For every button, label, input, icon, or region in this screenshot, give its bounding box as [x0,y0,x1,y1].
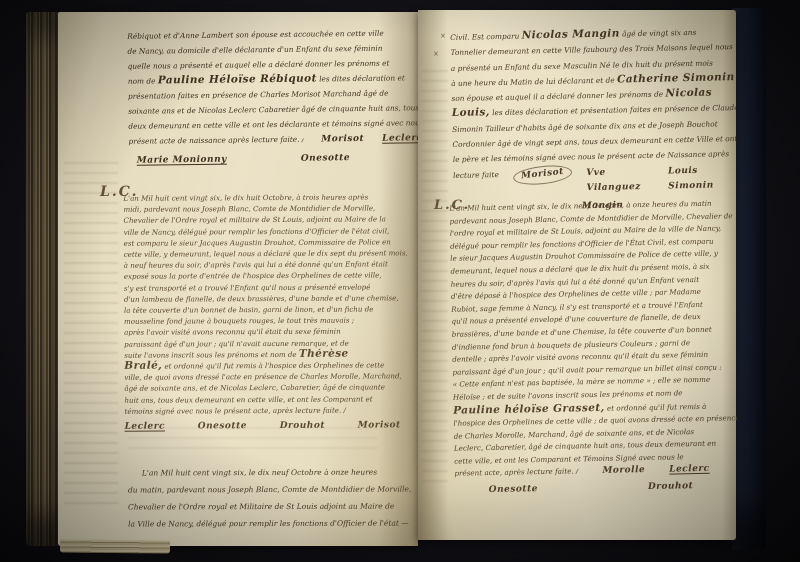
line-text: et ordonné qu'il fut remis à [605,401,707,412]
mother-name: Catherine Simonin [617,71,735,85]
signature-row: Onesotte Drouhot [489,479,739,496]
margin-cross-mark: × [440,32,446,40]
line-text: et ordonné qu'il fut remis à l'hospice d… [162,360,384,370]
book-page-edges-bottom [60,539,170,553]
signature-morisot: Morisot [358,420,401,431]
line-text: présent acte de naissance après lecture … [128,132,303,149]
signature-row: Leclerc Onesotte Drouhot Morisot [125,420,401,433]
signature-morisot: Morisot [321,132,364,148]
signature-morisot: Morisot [513,163,573,188]
signature-row: Marie Monionny Onesotte [137,150,423,168]
manuscript-line: âgé de soixante ans, et de Nicolas Lecle… [124,382,420,395]
line-text: à une heure du Matin de lui déclarant et… [451,75,617,87]
father-name: Nicolas Mangin [522,27,620,41]
manuscript-line: d'un lambeau de flanelle, de deux brassi… [124,292,420,305]
closing-line: témoins signé avec nous le présent acte,… [124,404,420,417]
line-text: les dites déclaration et présentation fa… [490,103,736,117]
line-text: lecture faite. / [453,167,500,183]
signature-morolle: Morolle [602,465,645,478]
child-name: Nicolas [665,87,712,100]
right-page: L.C. × × Civil. Est comparu Nicolas Mang… [418,10,736,540]
manuscript-line: Chevalier de l'Ordre royal et Militaire … [128,497,420,515]
birth-record-entry-brale: L'an Mil huit cent vingt six, le dix hui… [123,191,420,433]
child-name: Bralé, [124,360,162,372]
birth-record-entry-rebiquot: Rébiquot et d'Anne Lambert son épouse es… [127,25,423,169]
margin-cross-mark: × [433,50,439,58]
line-text: les dites déclaration et [317,73,405,83]
signature-onesotte: Onesotte [301,151,350,167]
closing-line: présent acte de naissance après lecture … [128,130,422,150]
ink-bleed-through [64,162,118,512]
birth-record-entry-start: L'an Mil huit cent vingt six, le dix neu… [128,463,420,532]
signature-marie-monionny: Marie Monionny [137,153,227,169]
birth-record-entry-mangin: Civil. Est comparu Nicolas Mangin âgé de… [450,24,738,217]
register-book: L.C. Rébiquot et d'Anne Lambert son épou… [26,6,766,554]
birth-record-entry-grasset: L'an Mil huit cent vingt six, le dix neu… [449,197,739,497]
manuscript-photo: L.C. Rébiquot et d'Anne Lambert son épou… [0,0,800,562]
signature-vilanguez: Vve Vilanguez [586,164,654,196]
manuscript-line: la Ville de Nancy, délégué pour remplir … [128,514,420,532]
signature-onesotte: Onesotte [489,483,538,497]
child-name: Pauline Héloïse Rébiquot [158,72,317,86]
child-name: Thérèse [299,348,349,360]
signature-onesotte: Onesotte [198,421,247,432]
line-text: Civil. Est comparu [450,31,522,41]
book-page-edges-left [26,12,60,546]
left-page: L.C. Rébiquot et d'Anne Lambert son épou… [58,12,418,546]
manuscript-line: L'an Mil huit cent vingt six, le dix neu… [142,463,420,481]
line-text: son épouse et auquel il a déclaré donner… [451,90,665,103]
closing-line: lecture faite. / Morisot Vve Vilanguez L… [453,162,738,200]
line-text: suite l'avons inscrit sous les prénoms e… [124,350,299,360]
signature-louis-simonin: Louis Simonin [668,163,738,195]
signature-leclerc: Leclerc [125,422,165,433]
signature-drouhot: Drouhot [648,480,694,493]
signature-leclerc: Leclerc [669,463,710,476]
signature-leclerc: Leclerc [382,131,423,146]
ink-bleed-through [422,70,448,490]
child-name: Pauline héloïse Grasset, [453,401,605,416]
manuscript-line: du matin, pardevant nous Joseph Blanc, C… [128,480,420,498]
line-text: âgé de vingt six ans [620,28,697,39]
line-text: présent acte, après lecture faite. / [454,466,578,481]
child-name: Louis, [452,107,490,120]
manuscript-line: exposé sous la porte d'entrée de l'hospi… [124,270,420,283]
line-text: nom de [128,76,158,85]
signature-drouhot: Drouhot [280,421,325,432]
